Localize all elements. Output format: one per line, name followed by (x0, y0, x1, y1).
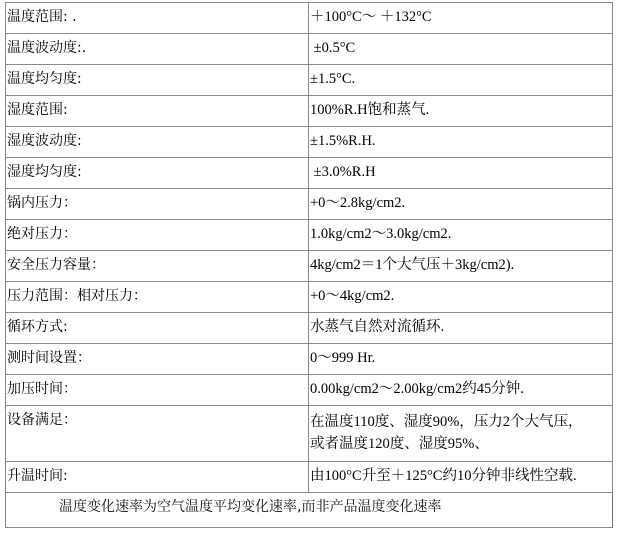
row-value: 100%R.H饱和蒸气. (309, 96, 613, 127)
table-row: 温度波动度:. ±0.5°C (6, 34, 613, 65)
row-value: 由100°C升至＋125°C约10分钟非线性空载. (309, 462, 613, 493)
row-value: 1.0kg/cm2～3.0kg/cm2. (309, 220, 613, 251)
row-label: 湿度均匀度: (6, 158, 309, 189)
table-row: 绝对压力： 1.0kg/cm2～3.0kg/cm2. (6, 220, 613, 251)
row-value: +0～2.8kg/cm2. (309, 189, 613, 220)
row-label: 循环方式: (6, 313, 309, 344)
table-row: 测时间设置： 0～999 Hr. (6, 344, 613, 375)
table-row: 安全压力容量： 4kg/cm2＝1个大气压＋3kg/cm2). (6, 251, 613, 282)
table-row: 设备满足： 在温度110度、湿度90%，压力2个大气压， 或者温度120度、湿度… (6, 406, 613, 462)
row-value: ±1.5°C. (309, 65, 613, 96)
row-label: 湿度波动度: (6, 127, 309, 158)
row-label: 锅内压力： (6, 189, 309, 220)
row-label: 压力范围：相对压力： (6, 282, 309, 313)
table-row: 升温时间: 由100°C升至＋125°C约10分钟非线性空载. (6, 462, 613, 493)
row-value: ＋100°C～ ＋132°C (309, 3, 613, 34)
row-value: ±0.5°C (309, 34, 613, 65)
table-row: 湿度波动度: ±1.5%R.H. (6, 127, 613, 158)
row-value: ±3.0%R.H (309, 158, 613, 189)
row-value: 0.00kg/cm2～2.00kg/cm2约45分钟. (309, 375, 613, 406)
table-row: 湿度均匀度: ±3.0%R.H (6, 158, 613, 189)
row-value: +0～4kg/cm2. (309, 282, 613, 313)
row-label: 加压时间： (6, 375, 309, 406)
row-label: 湿度范围: (6, 96, 309, 127)
table-note: 温度变化速率为空气温度平均变化速率,而非产品温度变化速率 (6, 493, 613, 528)
row-value: 水蒸气自然对流循环. (309, 313, 613, 344)
table-row: 温度均匀度: ±1.5°C. (6, 65, 613, 96)
row-label: 升温时间: (6, 462, 309, 493)
table-row: 锅内压力： +0～2.8kg/cm2. (6, 189, 613, 220)
table-row: 温度范围: . ＋100°C～ ＋132°C (6, 3, 613, 34)
row-value: ±1.5%R.H. (309, 127, 613, 158)
table-row: 湿度范围: 100%R.H饱和蒸气. (6, 96, 613, 127)
row-label: 设备满足： (6, 406, 309, 462)
row-value: 4kg/cm2＝1个大气压＋3kg/cm2). (309, 251, 613, 282)
row-label: 温度范围: . (6, 3, 309, 34)
row-value: 在温度110度、湿度90%，压力2个大气压， 或者温度120度、湿度95%、 (309, 406, 613, 462)
table-row: 加压时间： 0.00kg/cm2～2.00kg/cm2约45分钟. (6, 375, 613, 406)
row-label: 测时间设置： (6, 344, 309, 375)
row-label: 安全压力容量： (6, 251, 309, 282)
row-value: 0～999 Hr. (309, 344, 613, 375)
row-label: 温度均匀度: (6, 65, 309, 96)
table-row: 循环方式: 水蒸气自然对流循环. (6, 313, 613, 344)
row-label: 绝对压力： (6, 220, 309, 251)
spec-table: 温度范围: . ＋100°C～ ＋132°C 温度波动度:. ±0.5°C 温度… (5, 2, 613, 528)
table-row: 压力范围：相对压力： +0～4kg/cm2. (6, 282, 613, 313)
row-value-line: 或者温度120度、湿度95%、 (310, 433, 612, 455)
row-value-line: 在温度110度、湿度90%，压力2个大气压， (310, 411, 612, 433)
table-note-row: 温度变化速率为空气温度平均变化速率,而非产品温度变化速率 (6, 493, 613, 528)
row-label: 温度波动度:. (6, 34, 309, 65)
